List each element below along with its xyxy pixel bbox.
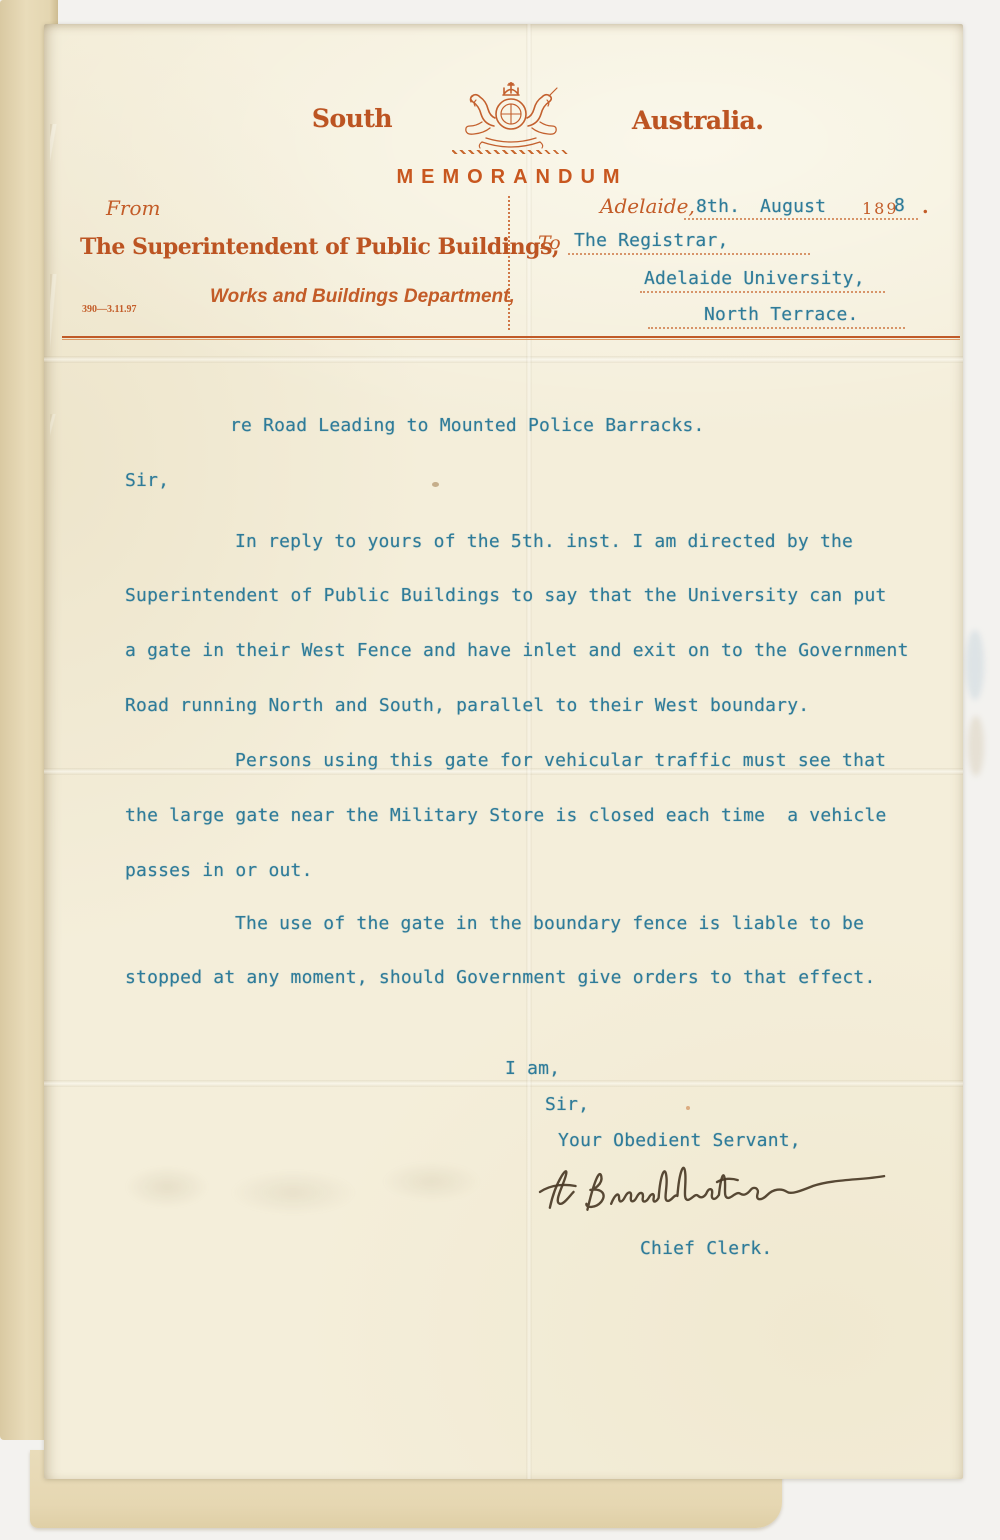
closing-i-am: I am, (505, 1058, 560, 1079)
date-month: August (760, 196, 826, 217)
date-dotted-rule (684, 218, 918, 220)
body-line: stopped at any moment, should Government… (125, 967, 876, 988)
paper-crease (44, 356, 963, 363)
signatory-role: Chief Clerk. (640, 1238, 772, 1259)
recipient-org: Adelaide University, (644, 268, 865, 289)
paper-crease (44, 1080, 963, 1087)
show-through-ghost (104, 1132, 524, 1242)
from-label: From (106, 196, 160, 220)
closing-sir: Sir, (545, 1094, 589, 1115)
memorandum-paper: South (44, 24, 963, 1479)
date-day: 8th. (696, 196, 740, 217)
body-line: a gate in their West Fence and have inle… (125, 640, 909, 661)
subject-line: re Road Leading to Mounted Police Barrac… (230, 415, 705, 436)
to-dotted-rule (648, 327, 905, 329)
body-line: Road running North and South, parallel t… (125, 695, 809, 716)
place-label: Adelaide, (600, 194, 695, 218)
recipient-name: The Registrar, (574, 230, 729, 251)
recipient-street: North Terrace. (704, 304, 859, 325)
date-terminal-dot: . (922, 196, 929, 218)
column-separator (508, 196, 510, 330)
form-number: 390—3.11.97 (82, 304, 136, 315)
to-dotted-rule (568, 253, 810, 255)
to-dotted-rule (640, 291, 885, 293)
zigzag-divider (452, 150, 570, 154)
body-line: Persons using this gate for vehicular tr… (235, 750, 886, 771)
sender-title: The Superintendent of Public Buildings, (80, 234, 559, 260)
to-label: To (538, 232, 561, 254)
year-typed: 8 (894, 195, 905, 216)
letterhead-rule (62, 336, 960, 340)
scan-page: South (0, 0, 1000, 1540)
region-name-right: Australia. (632, 106, 763, 135)
memorandum-title: MEMORANDUM (392, 166, 632, 189)
sender-department: Works and Buildings Department, (210, 286, 515, 308)
ink-speck (686, 1106, 690, 1110)
scan-smudge (966, 630, 984, 700)
body-line: The use of the gate in the boundary fenc… (235, 913, 864, 934)
salutation: Sir, (125, 470, 169, 491)
signature-handwriting (536, 1146, 892, 1231)
body-line: passes in or out. (125, 860, 313, 881)
body-line: the large gate near the Military Store i… (125, 805, 887, 826)
body-line: Superintendent of Public Buildings to sa… (125, 585, 887, 606)
body-line: In reply to yours of the 5th. inst. I am… (235, 531, 853, 552)
ink-speck (432, 482, 439, 487)
region-name-left: South (296, 104, 408, 133)
scan-smudge (968, 716, 984, 776)
